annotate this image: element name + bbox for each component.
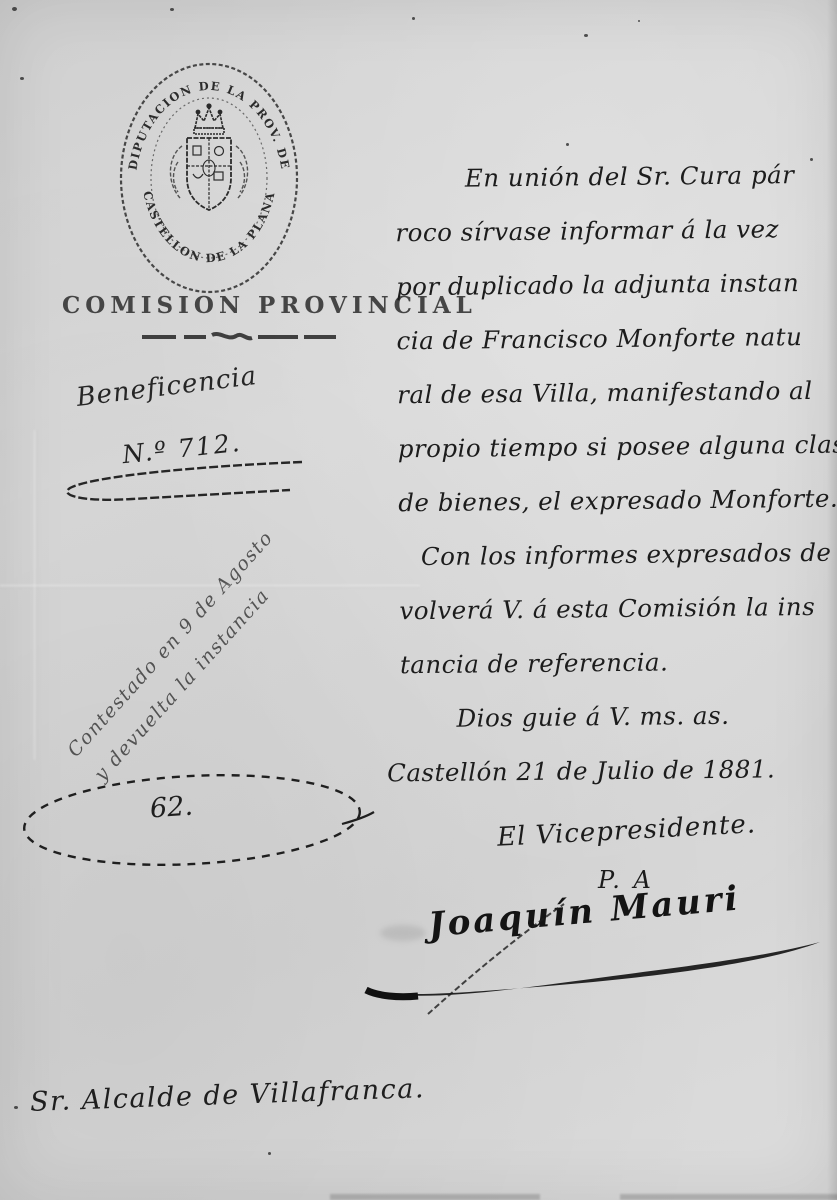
- ink-speck: [566, 143, 569, 146]
- file-number-oval: [12, 768, 378, 876]
- addressee-line: Sr. Alcalde de Villafranca.: [30, 1073, 426, 1118]
- dateline: Castellón 21 de Julio de 1881.: [387, 742, 837, 801]
- ink-speck: [412, 17, 415, 20]
- ink-speck: [638, 20, 640, 22]
- signer-role: El Vicepresidente.: [496, 809, 756, 853]
- body-line: cia de Francisco Monforte natu: [396, 310, 835, 369]
- seal-arc-bottom-text: CASTELLON DE LA PLANA: [140, 190, 277, 266]
- number-underline-flourish: [52, 452, 312, 508]
- signature-flourish: [358, 918, 833, 1018]
- seal-crown-icon: [194, 104, 224, 134]
- paper-crease-horizontal: [0, 585, 420, 588]
- scanned-letter-page: DIPUTACION DE LA PROV. DE CASTELLON DE L…: [0, 0, 837, 1200]
- heading-rule: [140, 330, 340, 344]
- closing-salutation: Dios guie á V. ms. as.: [400, 688, 837, 747]
- body-line: por duplicado la adjunta instan: [396, 256, 835, 315]
- provincial-seal-icon: DIPUTACION DE LA PROV. DE CASTELLON DE L…: [108, 50, 310, 302]
- ink-speck: [268, 1152, 271, 1155]
- body-line: volverá V. á esta Comisión la ins: [399, 580, 837, 639]
- body-line: tancia de referencia.: [400, 634, 837, 693]
- body-line: En unión del Sr. Cura pár: [395, 148, 834, 207]
- letter-body: En unión del Sr. Cura pár roco sírvase i…: [395, 148, 837, 801]
- margin-section-label: Beneficencia: [75, 361, 259, 413]
- ink-speck: [584, 34, 588, 37]
- file-number: 62.: [149, 791, 194, 825]
- scan-smudge: [380, 925, 426, 941]
- body-line: ral de esa Villa, manifestando al: [397, 364, 836, 423]
- body-line: Con los informes expresados de: [399, 526, 837, 585]
- body-line: propio tiempo si posee alguna clase: [397, 418, 836, 477]
- scanner-edge-shadow: [620, 1194, 837, 1200]
- ink-speck: [810, 158, 813, 161]
- ink-speck: [170, 8, 174, 11]
- body-line: de bienes, el expresado Monforte.: [398, 472, 837, 531]
- seal-shield-icon: [187, 138, 231, 210]
- svg-text:CASTELLON DE LA PLANA: CASTELLON DE LA PLANA: [140, 190, 277, 266]
- body-line: roco sírvase informar á la vez: [395, 202, 834, 261]
- paper-crease-vertical: [34, 430, 37, 760]
- ink-speck: [20, 77, 24, 80]
- scanner-edge-shadow: [330, 1194, 540, 1200]
- ink-speck: [12, 7, 17, 11]
- office-title: COMISION PROVINCIAL: [62, 292, 422, 319]
- ink-speck: [14, 1106, 18, 1109]
